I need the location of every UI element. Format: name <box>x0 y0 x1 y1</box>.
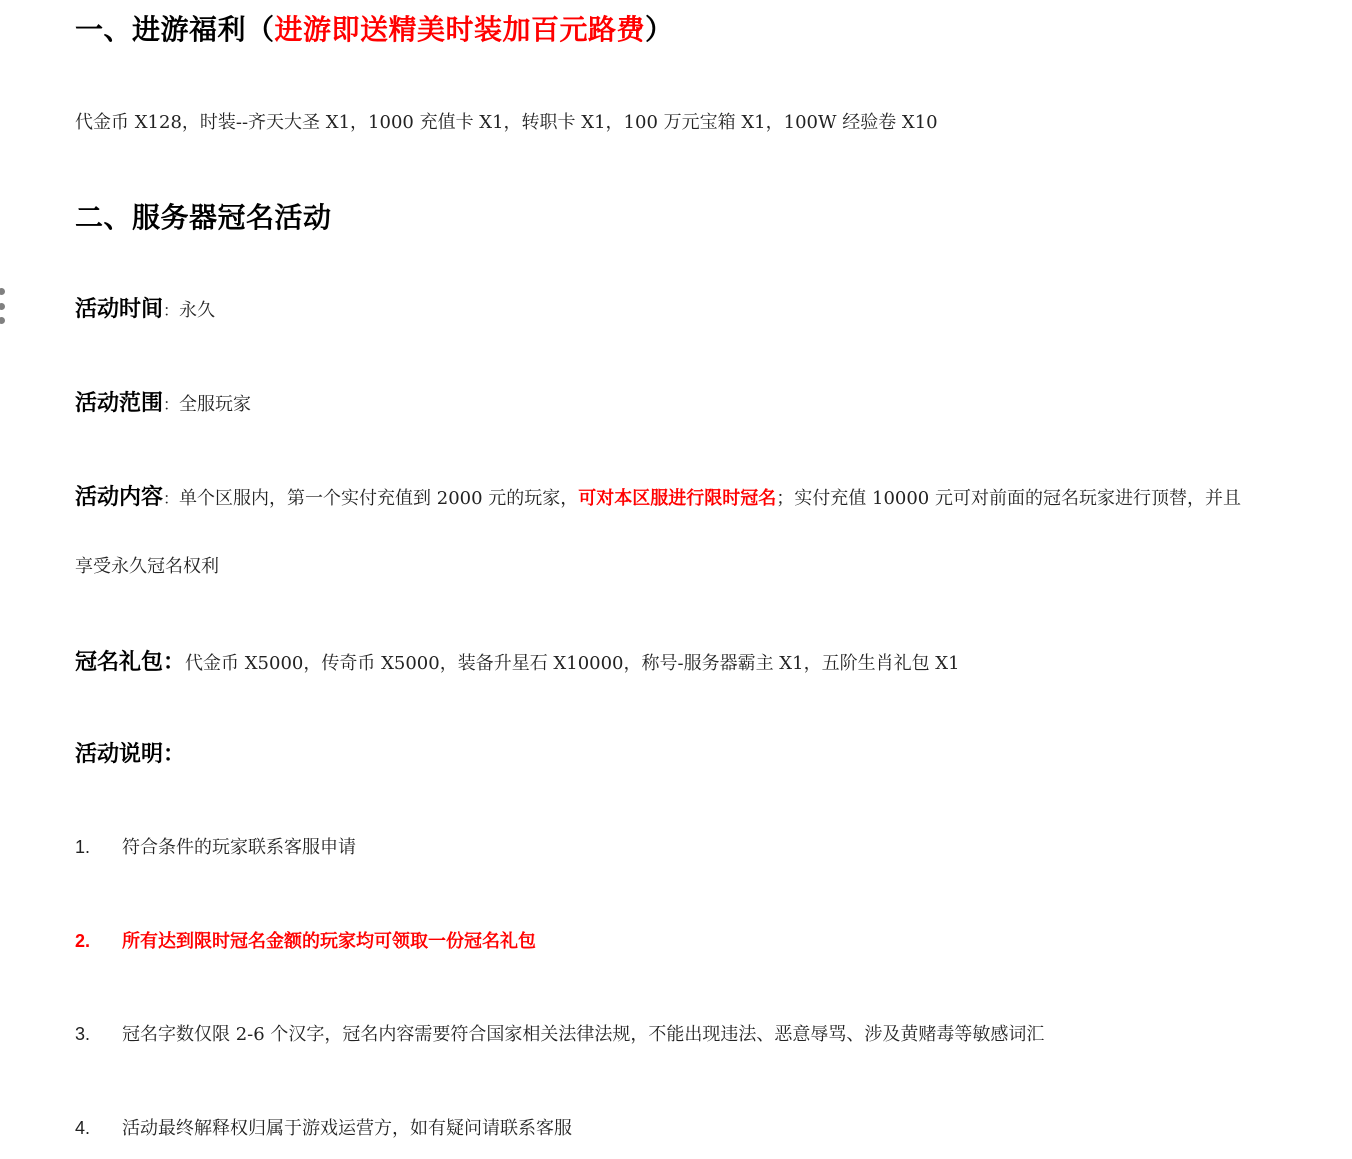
note-number: 4. <box>75 1118 122 1139</box>
activity-scope-value: 全服玩家 <box>179 394 251 415</box>
note-item-2: 2.所有达到限时冠名金额的玩家均可领取一份冠名礼包 <box>75 927 536 953</box>
notes-label: 活动说明： <box>75 737 185 768</box>
note-item-1: 1.符合条件的玩家联系客服申请 <box>75 833 356 859</box>
activity-time-value: 永久 <box>179 300 215 321</box>
activity-content-label: 活动内容 <box>75 485 163 510</box>
activity-time: 活动时间：永久 <box>75 292 215 323</box>
note-number: 2. <box>75 931 122 952</box>
colon: ： <box>163 489 179 508</box>
heading-suffix: ） <box>645 13 674 46</box>
handle-dot <box>0 303 5 310</box>
note-text: 活动最终解释权归属于游戏运营方，如有疑问请联系客服 <box>122 1118 572 1139</box>
handle-dot <box>0 317 5 324</box>
activity-content-highlight: 可对本区服进行限时冠名 <box>578 488 776 509</box>
gift-pack-value: 代金币 X5000，传奇币 X5000，装备升星石 X10000，称号-服务器霸… <box>185 653 960 674</box>
activity-content-text: 单个区服内，第一个实付充值到 2000 元的玩家， <box>179 488 578 509</box>
note-text: 所有达到限时冠名金额的玩家均可领取一份冠名礼包 <box>122 931 536 952</box>
section2-heading: 二、服务器冠名活动 <box>75 196 332 236</box>
activity-scope-label: 活动范围 <box>75 391 163 416</box>
colon: ： <box>163 301 179 320</box>
note-item-3: 3.冠名字数仅限 2-6 个汉字，冠名内容需要符合国家相关法律法规，不能出现违法… <box>75 1020 1044 1046</box>
activity-content: 活动内容：单个区服内，第一个实付充值到 2000 元的玩家，可对本区服进行限时冠… <box>75 480 1241 511</box>
colon: ： <box>163 395 179 414</box>
activity-content-line2: 享受永久冠名权利 <box>75 552 219 578</box>
section1-heading: 一、进游福利（进游即送精美时装加百元路费） <box>75 8 674 48</box>
heading-prefix: 一、进游福利（ <box>75 13 275 46</box>
note-number: 3. <box>75 1024 122 1045</box>
gift-pack-label: 冠名礼包： <box>75 650 185 675</box>
gift-pack: 冠名礼包：代金币 X5000，传奇币 X5000，装备升星石 X10000，称号… <box>75 645 960 676</box>
activity-time-label: 活动时间 <box>75 297 163 322</box>
note-item-4: 4.活动最终解释权归属于游戏运营方，如有疑问请联系客服 <box>75 1114 572 1140</box>
note-number: 1. <box>75 837 122 858</box>
note-text: 符合条件的玩家联系客服申请 <box>122 837 356 858</box>
drag-handle-icon[interactable] <box>0 288 6 324</box>
heading-highlight: 进游即送精美时装加百元路费 <box>275 13 646 46</box>
welcome-rewards: 代金币 X128，时装--齐天大圣 X1，1000 充值卡 X1，转职卡 X1，… <box>75 108 938 134</box>
activity-scope: 活动范围：全服玩家 <box>75 386 251 417</box>
activity-content-text-2: ；实付充值 10000 元可对前面的冠名玩家进行顶替，并且 <box>776 488 1241 509</box>
handle-dot <box>0 288 5 295</box>
note-text: 冠名字数仅限 2-6 个汉字，冠名内容需要符合国家相关法律法规，不能出现违法、恶… <box>122 1024 1044 1045</box>
